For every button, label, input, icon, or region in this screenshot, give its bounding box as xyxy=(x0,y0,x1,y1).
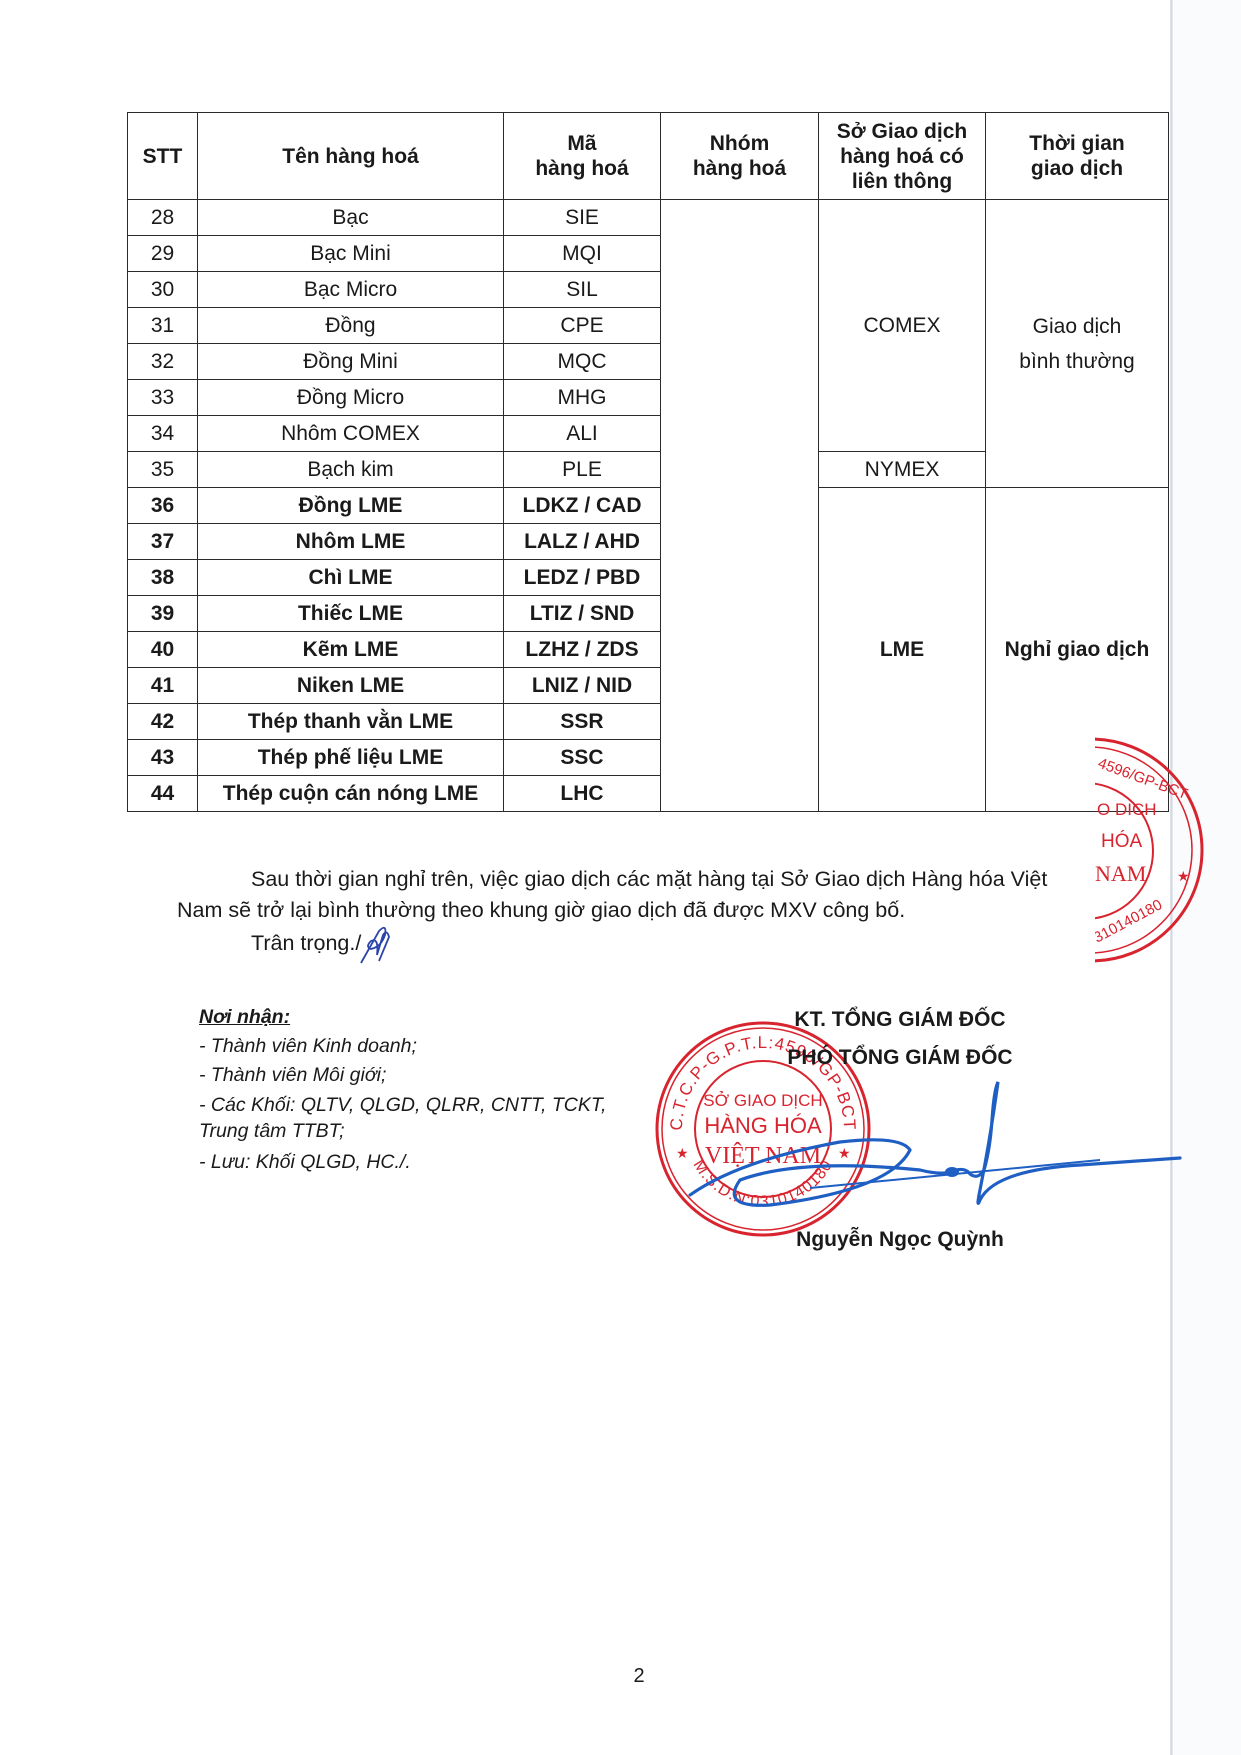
cell-name: Chì LME xyxy=(198,560,504,596)
cell-stt: 40 xyxy=(128,632,198,668)
cell-time-normal: Giao dịchbình thường xyxy=(986,200,1169,488)
signature-title-block: KT. TỔNG GIÁM ĐỐC PHÓ TỔNG GIÁM ĐỐC xyxy=(720,1008,1080,1070)
cell-code: CPE xyxy=(504,308,661,344)
signer-name: Nguyễn Ngọc Quỳnh xyxy=(720,1228,1080,1252)
cell-code: LDKZ / CAD xyxy=(504,488,661,524)
table-header-row: STT Tên hàng hoá Mãhàng hoá Nhómhàng hoá… xyxy=(128,113,1169,200)
cell-stt: 39 xyxy=(128,596,198,632)
table-row: 36Đồng LMELDKZ / CADLMENghỉ giao dịch xyxy=(128,488,1169,524)
page-number: 2 xyxy=(0,1665,1168,1688)
cell-name: Nhôm COMEX xyxy=(198,416,504,452)
cell-name: Thép phế liệu LME xyxy=(198,740,504,776)
cell-stt: 34 xyxy=(128,416,198,452)
header-group: Nhómhàng hoá xyxy=(661,113,819,200)
cell-stt: 44 xyxy=(128,776,198,812)
cell-exchange-lme: LME xyxy=(819,488,986,812)
cell-stt: 32 xyxy=(128,344,198,380)
cell-group xyxy=(661,200,819,812)
cell-name: Đồng LME xyxy=(198,488,504,524)
cell-code: PLE xyxy=(504,452,661,488)
table-body: 28BạcSIECOMEXGiao dịchbình thường29Bạc M… xyxy=(128,200,1169,812)
cell-code: SSC xyxy=(504,740,661,776)
cell-code: LTIZ / SND xyxy=(504,596,661,632)
recipient-item: - Thành viên Môi giới; xyxy=(199,1061,639,1090)
header-name: Tên hàng hoá xyxy=(198,113,504,200)
cell-code: SIL xyxy=(504,272,661,308)
table-row: 28BạcSIECOMEXGiao dịchbình thường xyxy=(128,200,1169,236)
cell-name: Bạc xyxy=(198,200,504,236)
handwritten-signature-icon xyxy=(680,1080,1190,1220)
svg-text:NAM: NAM xyxy=(1095,861,1146,886)
cell-name: Nhôm LME xyxy=(198,524,504,560)
cell-exchange-comex: COMEX xyxy=(819,200,986,452)
closing-text: Trân trọng./ xyxy=(251,931,361,956)
signature-title-line-1: KT. TỔNG GIÁM ĐỐC xyxy=(720,1008,1080,1032)
cell-code: LALZ / AHD xyxy=(504,524,661,560)
cell-name: Thép thanh vằn LME xyxy=(198,704,504,740)
svg-text:HÓA: HÓA xyxy=(1101,830,1143,852)
goods-table: STT Tên hàng hoá Mãhàng hoá Nhómhàng hoá… xyxy=(127,112,1169,812)
cell-exchange-nymex: NYMEX xyxy=(819,452,986,488)
recipients-block: Nơi nhận: - Thành viên Kinh doanh; - Thà… xyxy=(199,1003,639,1177)
cell-name: Đồng xyxy=(198,308,504,344)
header-stt: STT xyxy=(128,113,198,200)
cell-stt: 28 xyxy=(128,200,198,236)
cell-code: MQC xyxy=(504,344,661,380)
recipients-title: Nơi nhận: xyxy=(199,1003,639,1032)
paragraph-line-1: Sau thời gian nghỉ trên, việc giao dịch … xyxy=(251,867,1047,891)
time-text: Giao dịch xyxy=(1033,315,1122,338)
cell-code: MHG xyxy=(504,380,661,416)
cell-stt: 35 xyxy=(128,452,198,488)
cell-code: LNIZ / NID xyxy=(504,668,661,704)
time-text: bình thường xyxy=(1019,350,1134,373)
cell-name: Bạc Micro xyxy=(198,272,504,308)
cell-stt: 37 xyxy=(128,524,198,560)
initials-mark-icon xyxy=(357,925,397,967)
cell-stt: 30 xyxy=(128,272,198,308)
recipient-item: - Lưu: Khối QLGD, HC./. xyxy=(199,1148,639,1177)
signature-title-line-2: PHÓ TỔNG GIÁM ĐỐC xyxy=(720,1046,1080,1070)
svg-text:310140180: 310140180 xyxy=(1095,896,1165,946)
cell-code: SIE xyxy=(504,200,661,236)
cell-code: MQI xyxy=(504,236,661,272)
page-seal-fragment-icon: 4596/GP-BCT O DICH HÓA NAM ★ 310140180 xyxy=(1095,735,1205,965)
cell-name: Thép cuộn cán nóng LME xyxy=(198,776,504,812)
cell-name: Bạc Mini xyxy=(198,236,504,272)
cell-stt: 33 xyxy=(128,380,198,416)
recipient-item: - Thành viên Kinh doanh; xyxy=(199,1032,639,1061)
cell-name: Niken LME xyxy=(198,668,504,704)
cell-name: Đồng Micro xyxy=(198,380,504,416)
svg-text:★: ★ xyxy=(1177,868,1190,884)
cell-name: Đồng Mini xyxy=(198,344,504,380)
cell-code: LZHZ / ZDS xyxy=(504,632,661,668)
svg-text:O DICH: O DICH xyxy=(1097,800,1157,819)
cell-code: ALI xyxy=(504,416,661,452)
recipient-item: - Các Khối: QLTV, QLGD, QLRR, CNTT, TCKT… xyxy=(199,1092,639,1144)
cell-code: LHC xyxy=(504,776,661,812)
cell-stt: 41 xyxy=(128,668,198,704)
cell-code: SSR xyxy=(504,704,661,740)
cell-name: Kẽm LME xyxy=(198,632,504,668)
header-time: Thời giangiao dịch xyxy=(986,113,1169,200)
paragraph-line-2: Nam sẽ trở lại bình thường theo khung gi… xyxy=(177,898,905,922)
cell-stt: 31 xyxy=(128,308,198,344)
cell-code: LEDZ / PBD xyxy=(504,560,661,596)
body-paragraph: Sau thời gian nghỉ trên, việc giao dịch … xyxy=(177,864,1167,926)
cell-stt: 36 xyxy=(128,488,198,524)
header-code: Mãhàng hoá xyxy=(504,113,661,200)
cell-stt: 38 xyxy=(128,560,198,596)
cell-stt: 42 xyxy=(128,704,198,740)
header-exchange: Sở Giao dịchhàng hoá cóliên thông xyxy=(819,113,986,200)
cell-name: Thiếc LME xyxy=(198,596,504,632)
cell-stt: 43 xyxy=(128,740,198,776)
cell-name: Bạch kim xyxy=(198,452,504,488)
cell-stt: 29 xyxy=(128,236,198,272)
